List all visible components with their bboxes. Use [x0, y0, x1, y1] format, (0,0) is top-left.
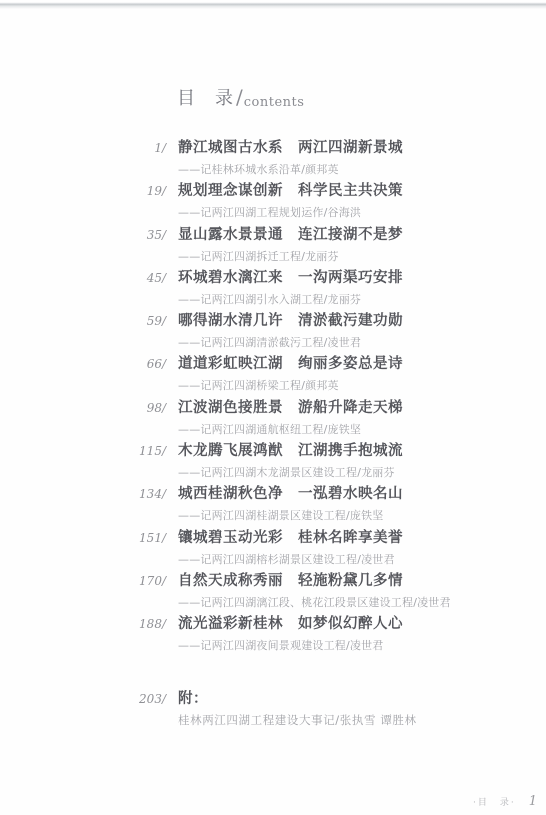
toc-entry-title-row: 66/ 道道彩虹映江湖 绚丽多姿总是诗	[130, 353, 525, 375]
toc-entry-page-number: 188/	[130, 613, 178, 635]
toc-entry: 188/ 流光溢彩新桂林 如梦似幻醉人心 ——记两江四湖夜间景观建设工程/凌世君	[130, 613, 525, 656]
toc-entry-title: 木龙腾飞展鸿猷 江湖携手抱城流	[178, 440, 403, 462]
toc-entry: 170/ 自然天成称秀丽 轻施粉黛几多情 ——记两江四湖漓江段、桃花江段景区建设…	[130, 570, 525, 613]
toc-entry: 19/ 规划理念谋创新 科学民主共决策 ——记两江四湖工程规划运作/谷海洪	[130, 180, 525, 223]
toc-entry-title: 显山露水景景通 连江接湖不是梦	[178, 224, 403, 246]
footer-section-label: ·目 录·	[473, 795, 516, 808]
toc-entry-title-row: 45/ 环城碧水漓江来 一沟两渠巧安排	[130, 267, 525, 289]
toc-entry-title-row: 1/ 静江城图古水系 两江四湖新景城	[130, 137, 525, 159]
toc-title-en: contents	[244, 95, 305, 110]
toc-entry-title: 自然天成称秀丽 轻施粉黛几多情	[178, 570, 403, 592]
toc-entry-title-row: 98/ 江波湖色接胜景 游船升降走天梯	[130, 397, 525, 419]
toc-entry-subtitle: ——记两江四湖通航枢纽工程/庞铁坚	[130, 419, 525, 440]
toc-title-slash: /	[236, 85, 243, 109]
toc-entry-title-row: 203/ 附：	[130, 688, 525, 710]
book-page: 目 录/contents 1/ 静江城图古水系 两江四湖新景城 ——记桂林环城水…	[0, 0, 546, 815]
toc-entry: 59/ 哪得湖水清几许 清淤截污建功勋 ——记两江四湖清淤截污工程/凌世君	[130, 310, 525, 353]
toc-entry-page-number: 59/	[130, 310, 178, 332]
toc-entry-title-row: 151/ 镶城碧玉动光彩 桂林名眸享美誉	[130, 527, 525, 549]
toc-entry-page-number: 35/	[130, 224, 178, 246]
toc-entry-page-number: 115/	[130, 440, 178, 462]
toc-entry-subtitle: ——记两江四湖榕杉湖景区建设工程/凌世君	[130, 549, 525, 570]
toc-entry-subtitle: ——记两江四湖引水入湖工程/龙丽芬	[130, 289, 525, 310]
toc-title-cn: 目 录	[177, 88, 234, 109]
toc-entry-title-row: 134/ 城西桂湖秋色净 一泓碧水映名山	[130, 483, 525, 505]
toc-entry-subtitle: ——记两江四湖桥梁工程/颜邦英	[130, 375, 525, 396]
toc-entry-page-number: 19/	[130, 180, 178, 202]
toc-entry-title: 环城碧水漓江来 一沟两渠巧安排	[178, 267, 403, 289]
toc-entry-page-number: 45/	[130, 267, 178, 289]
toc-entry: 151/ 镶城碧玉动光彩 桂林名眸享美誉 ——记两江四湖榕杉湖景区建设工程/凌世…	[130, 527, 525, 570]
toc-entry-title: 规划理念谋创新 科学民主共决策	[178, 180, 403, 202]
toc-entry-page-number: 98/	[130, 397, 178, 419]
toc-entry: 45/ 环城碧水漓江来 一沟两渠巧安排 ——记两江四湖引水入湖工程/龙丽芬	[130, 267, 525, 310]
toc-entry-subtitle: ——记两江四湖工程规划运作/谷海洪	[130, 202, 525, 223]
toc-entry-title: 静江城图古水系 两江四湖新景城	[178, 137, 403, 159]
toc-entry: 35/ 显山露水景景通 连江接湖不是梦 ——记两江四湖拆迁工程/龙丽芬	[130, 224, 525, 267]
toc-entry-title: 江波湖色接胜景 游船升降走天梯	[178, 397, 403, 419]
toc-entry-page-number: 1/	[130, 137, 178, 159]
toc-entry-title-row: 188/ 流光溢彩新桂林 如梦似幻醉人心	[130, 613, 525, 635]
toc-entry-title: 镶城碧玉动光彩 桂林名眸享美誉	[178, 527, 403, 549]
toc-entry-page-number: 170/	[130, 570, 178, 592]
toc-entry-subtitle: ——记两江四湖木龙湖景区建设工程/龙丽芬	[130, 462, 525, 483]
toc-entry-title-row: 59/ 哪得湖水清几许 清淤截污建功勋	[130, 310, 525, 332]
toc-entry: 115/ 木龙腾飞展鸿猷 江湖携手抱城流 ——记两江四湖木龙湖景区建设工程/龙丽…	[130, 440, 525, 483]
toc-entry-page-number: 203/	[130, 688, 178, 710]
toc-entry-title: 流光溢彩新桂林 如梦似幻醉人心	[178, 613, 403, 635]
footer-page-number: 1	[529, 794, 537, 809]
toc-entry-subtitle: ——记桂林环城水系沿革/颜邦英	[130, 159, 525, 180]
toc-entry-subtitle: ——记两江四湖夜间景观建设工程/凌世君	[130, 635, 525, 656]
toc-entry-subtitle: ——记两江四湖桂湖景区建设工程/庞铁坚	[130, 505, 525, 526]
page-footer: ·目 录· 1	[473, 794, 537, 809]
toc-entry-page-number: 134/	[130, 483, 178, 505]
toc-header: 目 录/contents	[177, 84, 304, 110]
toc-list: 1/ 静江城图古水系 两江四湖新景城 ——记桂林环城水系沿革/颜邦英 19/ 规…	[130, 137, 525, 731]
toc-entry: 134/ 城西桂湖秋色净 一泓碧水映名山 ——记两江四湖桂湖景区建设工程/庞铁坚	[130, 483, 525, 526]
toc-entry: 1/ 静江城图古水系 两江四湖新景城 ——记桂林环城水系沿革/颜邦英	[130, 137, 525, 180]
toc-entry-page-number: 66/	[130, 353, 178, 375]
toc-appendix: 203/ 附： 桂林两江四湖工程建设大事记/张执雪 谭胜林	[130, 688, 525, 731]
toc-entry-title-row: 170/ 自然天成称秀丽 轻施粉黛几多情	[130, 570, 525, 592]
toc-entry-title: 城西桂湖秋色净 一泓碧水映名山	[178, 483, 403, 505]
toc-entry-page-number: 151/	[130, 527, 178, 549]
toc-entry-title-row: 35/ 显山露水景景通 连江接湖不是梦	[130, 224, 525, 246]
toc-entry-subtitle: ——记两江四湖漓江段、桃花江段景区建设工程/凌世君	[130, 592, 525, 613]
toc-entry: 66/ 道道彩虹映江湖 绚丽多姿总是诗 ——记两江四湖桥梁工程/颜邦英	[130, 353, 525, 396]
toc-entry-title: 附：	[178, 688, 208, 710]
toc-entry-subtitle: 桂林两江四湖工程建设大事记/张执雪 谭胜林	[130, 710, 525, 731]
toc-entry: 98/ 江波湖色接胜景 游船升降走天梯 ——记两江四湖通航枢纽工程/庞铁坚	[130, 397, 525, 440]
toc-entry-subtitle: ——记两江四湖清淤截污工程/凌世君	[130, 332, 525, 353]
page-top-edge	[0, 0, 546, 9]
toc-entry-title-row: 19/ 规划理念谋创新 科学民主共决策	[130, 180, 525, 202]
toc-entry-subtitle: ——记两江四湖拆迁工程/龙丽芬	[130, 246, 525, 267]
toc-entry-title: 道道彩虹映江湖 绚丽多姿总是诗	[178, 353, 403, 375]
toc-entry-title: 哪得湖水清几许 清淤截污建功勋	[178, 310, 403, 332]
toc-entry-title-row: 115/ 木龙腾飞展鸿猷 江湖携手抱城流	[130, 440, 525, 462]
